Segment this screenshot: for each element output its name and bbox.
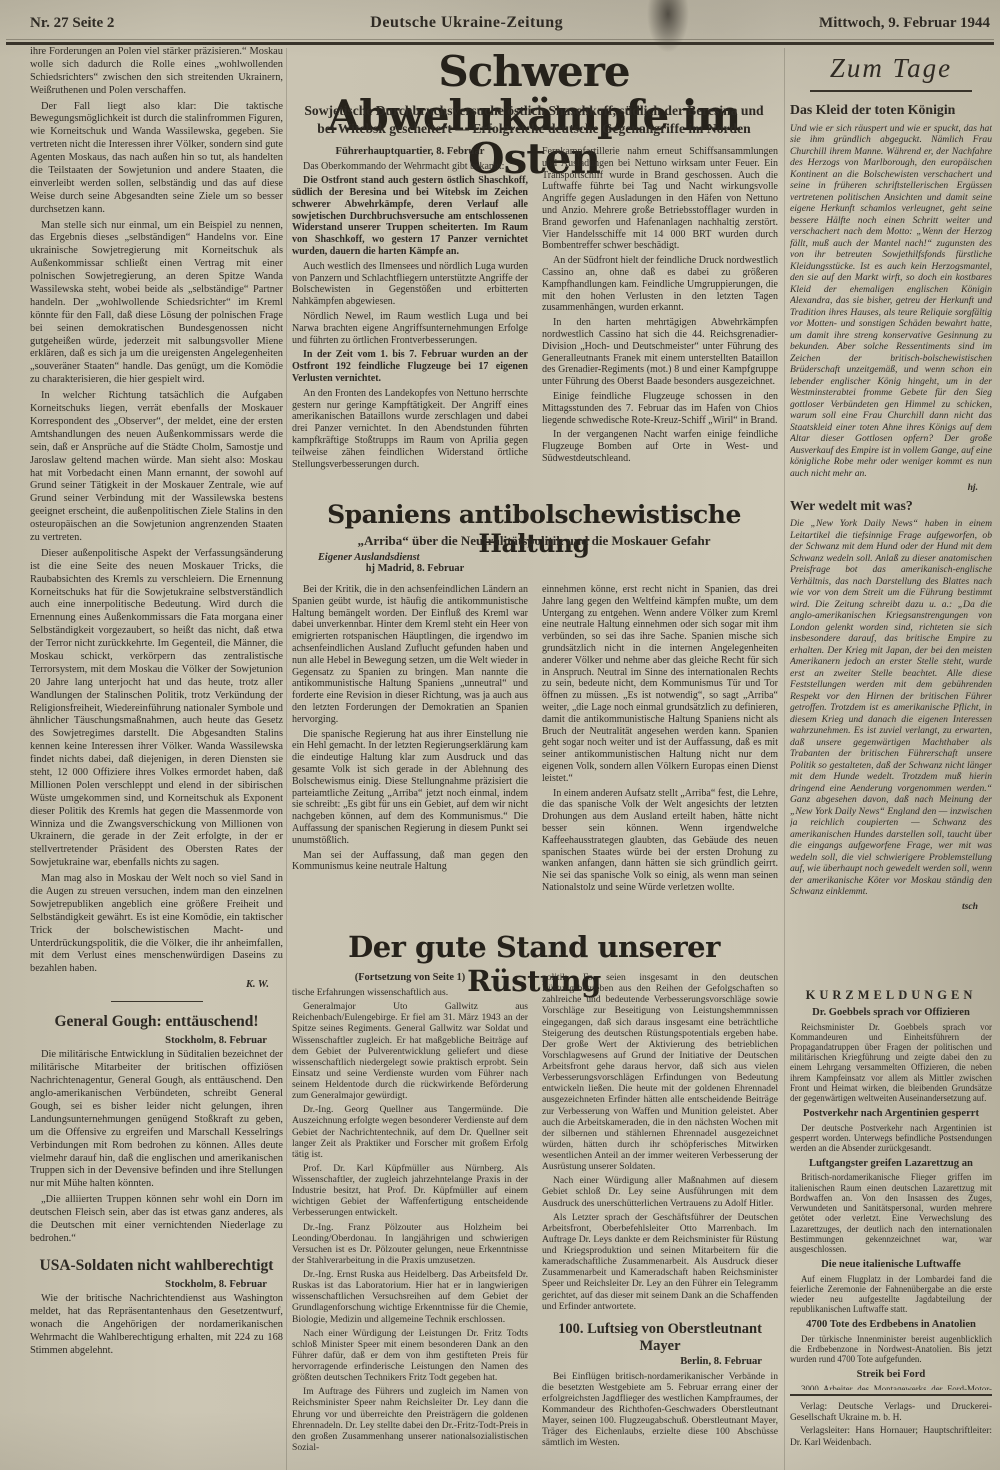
imprint: Verlag: Deutsche Verlags- und Druckerei-…	[790, 1394, 992, 1451]
mayer-headline: 100. Luftsieg von Oberstleutnant Mayer	[542, 1321, 778, 1355]
kurzmeldungen-column: KURZMELDUNGEN Dr. Goebbels sprach vor Of…	[790, 986, 992, 1390]
spain-paragraph: einnehmen könne, erst recht nicht in Spa…	[542, 584, 778, 785]
kurz-item-headline: 4700 Tote des Erdbebens in Anatolien	[790, 1319, 992, 1331]
kleid-headline: Das Kleid der toten Königin	[790, 102, 992, 119]
masthead-rule-thick	[6, 42, 994, 45]
armament-paragraph: Nach einer Würdigung aller Maßnahmen auf…	[542, 1175, 778, 1208]
lead-paragraph: Nördlich Newel, im Raum westlich Luga un…	[292, 311, 528, 346]
spain-byline: Eigener Auslandsdienst hj Madrid, 8. Feb…	[300, 552, 530, 574]
lead-paragraph: An der Südfront hielt der feindliche Dru…	[542, 255, 778, 314]
kurz-item-text: Reichsminister Dr. Goebbels sprach vor K…	[790, 1022, 992, 1104]
mayer-paragraph: Bei Einflügen britisch-nordamerikanische…	[542, 1371, 778, 1449]
lead-intro: Das Oberkommando der Wehrmacht gibt beka…	[292, 161, 528, 173]
column-divider-right	[784, 48, 785, 1470]
armament-article-body: (Fortsetzung von Seite 1) tische Erfahru…	[292, 972, 778, 1470]
lead-paragraph: In der vergangenen Nacht warfen einige f…	[542, 429, 778, 464]
lead-article-col1: Führerhauptquartier, 8. Februar Das Ober…	[292, 146, 528, 498]
kurz-item-text: 3000 Arbeiter des Montagewerks der Ford-…	[790, 1384, 992, 1391]
zum-tage-title: Zum Tage	[810, 52, 972, 92]
lead-paragraph: In den harten mehrtägigen Abwehrkämpfen …	[542, 317, 778, 388]
armament-article-col2: politik. Es seien insgesamt in den deuts…	[542, 972, 778, 1470]
lead-paragraph: Einige feindliche Flugzeuge schossen in …	[542, 391, 778, 426]
spain-paragraph: Bei der Kritik, die in den achsenfeindli…	[292, 584, 528, 726]
lead-paragraph: Fernkampfartillerie nahm erneut Schiffsa…	[542, 146, 778, 252]
editorial-paragraph: In welcher Richtung tatsächlich die Aufg…	[30, 390, 283, 545]
spain-paragraph: Die spanische Regierung hat aus ihrer Ei…	[292, 729, 528, 847]
gough-dateline: Stockholm, 8. Februar	[30, 1034, 283, 1047]
editorial-paragraph: ihre Forderungen an Polen viel stärker p…	[30, 46, 283, 98]
newspaper-title: Deutsche Ukraine-Zeitung	[370, 14, 563, 32]
zum-tage-column: Zum Tage Das Kleid der toten Königin Und…	[790, 52, 992, 984]
armament-paragraph: Dr.-Ing. Georg Quellner aus Tangermünde.…	[292, 1104, 528, 1160]
imprint-publisher: Verlag: Deutsche Verlags- und Druckerei-…	[790, 1402, 992, 1425]
armament-paragraph: Prof. Dr. Karl Küpfmüller aus Nürnberg. …	[292, 1163, 528, 1219]
kurz-item-text: Der deutsche Postverkehr nach Argentinie…	[790, 1123, 992, 1154]
spain-headline: Spaniens antibolschewistische Haltung	[290, 500, 778, 558]
issue-date: Mittwoch, 9. Februar 1944	[819, 15, 990, 32]
page-number: Nr. 27 Seite 2	[30, 15, 114, 32]
armament-paragraph: Nach einer Würdigung der Leistungen Dr. …	[292, 1328, 528, 1384]
lead-dateline: Führerhauptquartier, 8. Februar	[292, 146, 528, 159]
armament-paragraph: Generalmajor Uto Gallwitz aus Reichenbac…	[292, 1001, 528, 1101]
lead-subhead-line2: bei Witebsk gescheitert — Erfolgreiche d…	[317, 121, 750, 136]
armament-paragraph: Im Auftrage des Führers und zugleich im …	[292, 1386, 528, 1453]
armament-paragraph: Dr.-Ing. Ernst Ruska aus Heidelberg. Das…	[292, 1269, 528, 1325]
armament-article-col1: (Fortsetzung von Seite 1) tische Erfahru…	[292, 972, 528, 1470]
armament-continuation-note: (Fortsetzung von Seite 1)	[292, 972, 528, 984]
kurz-item-text: Auf einem Flugplatz in der Lombardei fan…	[790, 1274, 992, 1315]
armament-paragraph: politik. Es seien insgesamt in den deuts…	[542, 972, 778, 1172]
gough-headline: General Gough: enttäuschend!	[30, 1012, 283, 1031]
editorial-signature: K. W.	[30, 979, 283, 992]
kurzmeldungen-title: KURZMELDUNGEN	[790, 988, 992, 1002]
imprint-editors: Verlagsleiter: Hans Hornauer; Hauptschri…	[790, 1426, 992, 1449]
kleid-text: Und wie er sich räuspert und wie er spuc…	[790, 123, 992, 480]
lead-paragraph: An den Fronten des Landekopfes von Nettu…	[292, 388, 528, 471]
lead-paragraph: In der Zeit vom 1. bis 7. Februar wurden…	[292, 349, 528, 384]
editorial-column: ihre Forderungen an Polen viel stärker p…	[30, 46, 283, 1361]
spain-article-col2: einnehmen könne, erst recht nicht in Spa…	[542, 584, 778, 926]
spain-paragraph: In einem anderen Aufsatz stellt „Arriba“…	[542, 788, 778, 894]
gough-paragraph: Die militärische Entwicklung in Süditali…	[30, 1049, 283, 1191]
wedelt-headline: Wer wedelt mit was?	[790, 498, 992, 515]
usa-vote-headline: USA-Soldaten nicht wahlberechtigt	[30, 1256, 283, 1275]
armament-paragraph: Als Letzter sprach der Geschäftsführer d…	[542, 1212, 778, 1312]
spain-byline-service: Eigener Auslandsdienst	[318, 552, 530, 563]
kurz-item-text: Britisch-nordamerikanische Flieger griff…	[790, 1172, 992, 1254]
masthead: Nr. 27 Seite 2 Deutsche Ukraine-Zeitung …	[30, 14, 990, 32]
lead-paragraph: Die Ostfront stand auch gestern östlich …	[292, 175, 528, 258]
armament-paragraph: Dr.-Ing. Franz Pölzouter aus Holzheim be…	[292, 1222, 528, 1267]
masthead-rule-thin	[6, 39, 994, 40]
lead-article-col2: Fernkampfartillerie nahm erneut Schiffsa…	[542, 146, 778, 498]
spain-paragraph: Man sei der Auffassung, daß man gegen de…	[292, 850, 528, 874]
kurz-item-headline: Postverkehr nach Argentinien gesperrt	[790, 1108, 992, 1120]
wedelt-text: Die „New York Daily News“ haben in einem…	[790, 518, 992, 898]
kleid-signature: hj.	[790, 482, 992, 494]
gough-paragraph: „Die alliierten Truppen können sehr wohl…	[30, 1194, 283, 1246]
imprint-rule	[790, 1394, 992, 1396]
usa-vote-paragraph: Wie der britische Nachrichtendienst aus …	[30, 1293, 283, 1357]
armament-paragraph: tische Erfahrungen wissenschaftlich aus.	[292, 987, 528, 998]
lead-subhead-line1: Sowjetische Durchbruchsversuche östlich …	[304, 103, 763, 118]
editorial-paragraph: Man stelle sich nur einmal, um ein Beisp…	[30, 220, 283, 388]
newspaper-page: { "colors": { "paper": "#c8c2b0", "ink":…	[0, 0, 1000, 1470]
usa-vote-dateline: Stockholm, 8. Februar	[30, 1278, 283, 1291]
editorial-paragraph: Man mag also in Moskau der Welt noch so …	[30, 873, 283, 976]
editorial-paragraph: Der Fall liegt also klar: Die taktische …	[30, 101, 283, 217]
spain-byline-dateline: hj Madrid, 8. Februar	[300, 563, 530, 574]
kurz-item-headline: Streik bei Ford	[790, 1369, 992, 1381]
mayer-dateline: Berlin, 8. Februar	[542, 1356, 778, 1368]
spain-article-col1: Bei der Kritik, die in den achsenfeindli…	[292, 584, 528, 926]
lead-article-body: Führerhauptquartier, 8. Februar Das Ober…	[292, 146, 778, 498]
kurz-item-headline: Luftgangster greifen Lazarettzug an	[790, 1158, 992, 1170]
kurz-item-text: Der türkische Innenminister bereist auge…	[790, 1334, 992, 1365]
spain-article-body: Bei der Kritik, die in den achsenfeindli…	[292, 584, 778, 926]
kurz-item-headline: Dr. Goebbels sprach vor Offizieren	[790, 1007, 992, 1019]
editorial-paragraph: Dieser außenpolitische Aspekt der Verfas…	[30, 548, 283, 870]
lead-subhead: Sowjetische Durchbruchsversuche östlich …	[290, 102, 778, 137]
section-divider-rule	[111, 1001, 203, 1002]
spain-subhead: „Arriba“ über die Neutralitätspolitik un…	[290, 533, 778, 549]
wedelt-signature: tsch	[790, 901, 992, 913]
kurz-item-headline: Die neue italienische Luftwaffe	[790, 1259, 992, 1271]
lead-paragraph: Auch westlich des Ilmensees und nördlich…	[292, 261, 528, 308]
column-divider-left	[286, 48, 287, 1470]
